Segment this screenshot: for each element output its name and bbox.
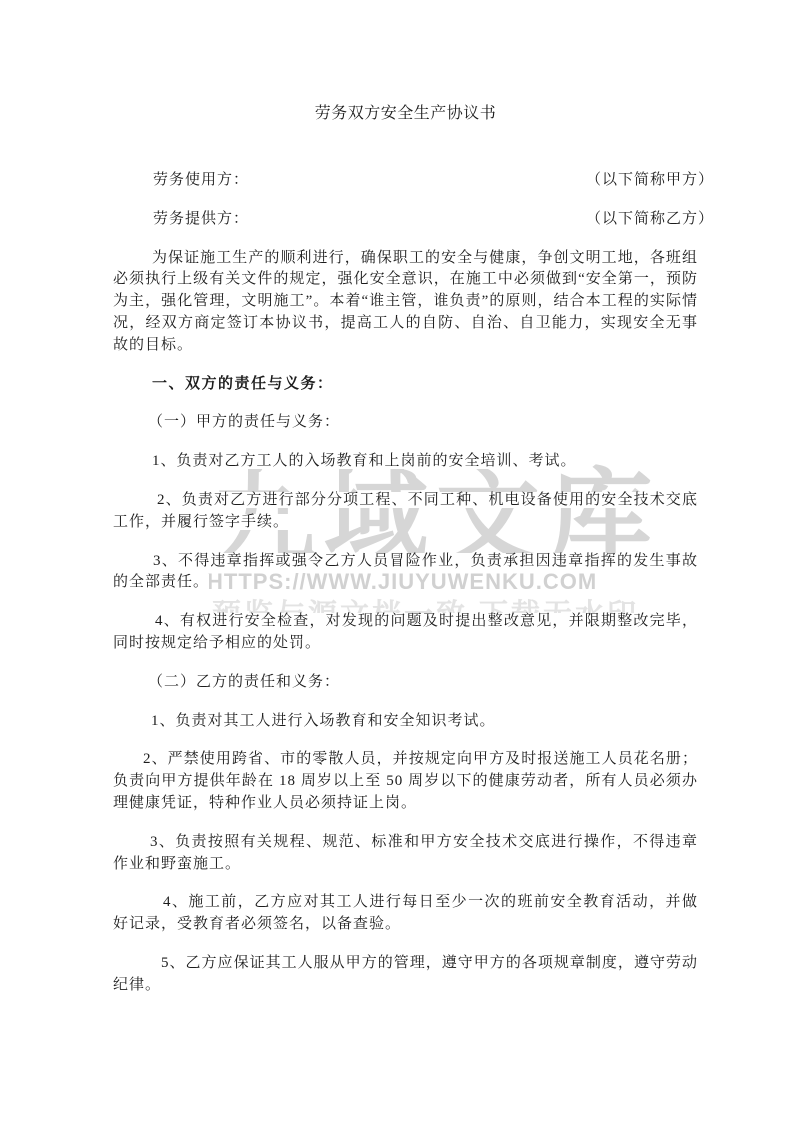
preamble-text: 为保证施工生产的顺利进行，确保职工的安全与健康，争创文明工地，各班组必须执行上级… bbox=[113, 250, 698, 353]
part-b-item-3-text: 3、负责按照有关规程、规范、标准和甲方安全技术交底进行操作，不得违章作业和野蛮施… bbox=[113, 834, 698, 872]
part-b-item-2-text: 2、严禁使用跨省、市的零散人员，并按规定向甲方及时报送施工人员花名册；负责向甲方… bbox=[113, 751, 698, 811]
party-a-label: 劳务使用方： bbox=[113, 170, 249, 192]
section-1-heading: 一、双方的责任与义务： bbox=[113, 374, 698, 396]
part-a-item-1: 1、负责对乙方工人的入场教育和上岗前的安全培训、考试。 bbox=[113, 451, 698, 473]
part-a-heading: （一）甲方的责任与义务： bbox=[113, 412, 698, 434]
part-b-item-1: 1、负责对其工人进行入场教育和安全知识考试。 bbox=[113, 711, 698, 733]
part-a-item-3-text: 3、不得违章指挥或强令乙方人员冒险作业，负责承担因违章指挥的发生事故的全部责任。 bbox=[113, 553, 698, 591]
part-b-item-1-text: 1、负责对其工人进行入场教育和安全知识考试。 bbox=[151, 713, 496, 729]
part-a-item-1-text: 1、负责对乙方工人的入场教育和上岗前的安全培训、考试。 bbox=[152, 453, 577, 469]
part-a-item-2-text: 2、负责对乙方进行部分分项工程、不同工种、机电设备使用的安全技术交底工作，并履行… bbox=[113, 492, 698, 530]
part-b-item-3: 3、负责按照有关规程、规范、标准和甲方安全技术交底进行操作，不得违章作业和野蛮施… bbox=[113, 832, 698, 876]
document-content: 劳务双方安全生产协议书 劳务使用方： （以下简称甲方） 劳务提供方： （以下简称… bbox=[113, 0, 698, 997]
party-a-row: 劳务使用方： （以下简称甲方） bbox=[113, 170, 698, 192]
part-b-item-5: 5、乙方应保证其工人服从甲方的管理，遵守甲方的各项规章制度，遵守劳动纪律。 bbox=[113, 953, 698, 997]
preamble-paragraph: 为保证施工生产的顺利进行，确保职工的安全与健康，争创文明工地，各班组必须执行上级… bbox=[113, 248, 698, 357]
part-b-heading-text: （二）乙方的责任和义务： bbox=[148, 674, 340, 690]
party-b-alias: （以下简称乙方） bbox=[586, 209, 714, 231]
part-a-item-4: 4、有权进行安全检查，对发现的问题及时提出整改意见，并限期整改完毕，同时按规定给… bbox=[113, 611, 698, 655]
part-a-item-2: 2、负责对乙方进行部分分项工程、不同工种、机电设备使用的安全技术交底工作，并履行… bbox=[113, 490, 698, 534]
part-a-item-3: 3、不得违章指挥或强令乙方人员冒险作业，负责承担因违章指挥的发生事故的全部责任。 bbox=[113, 551, 698, 595]
part-a-heading-text: （一）甲方的责任与义务： bbox=[148, 414, 340, 430]
part-b-item-2: 2、严禁使用跨省、市的零散人员，并按规定向甲方及时报送施工人员花名册；负责向甲方… bbox=[113, 749, 698, 814]
part-a-item-4-text: 4、有权进行安全检查，对发现的问题及时提出整改意见，并限期整改完毕，同时按规定给… bbox=[113, 613, 698, 651]
part-b-heading: （二）乙方的责任和义务： bbox=[113, 672, 698, 694]
part-b-item-5-text: 5、乙方应保证其工人服从甲方的管理，遵守甲方的各项规章制度，遵守劳动纪律。 bbox=[113, 955, 698, 993]
part-b-item-4: 4、施工前，乙方应对其工人进行每日至少一次的班前安全教育活动，并做好记录，受教育… bbox=[113, 892, 698, 936]
party-b-label: 劳务提供方： bbox=[113, 209, 249, 231]
part-b-item-4-text: 4、施工前，乙方应对其工人进行每日至少一次的班前安全教育活动，并做好记录，受教育… bbox=[113, 894, 698, 932]
section-1-heading-text: 一、双方的责任与义务： bbox=[152, 376, 334, 392]
document-title: 劳务双方安全生产协议书 bbox=[113, 103, 698, 125]
document-page: 九域文库 HTTPS://WWW.JIUYUWENKU.COM 预览与源文档一致… bbox=[0, 0, 793, 1122]
party-b-row: 劳务提供方： （以下简称乙方） bbox=[113, 209, 698, 231]
party-a-alias: （以下简称甲方） bbox=[586, 170, 714, 192]
